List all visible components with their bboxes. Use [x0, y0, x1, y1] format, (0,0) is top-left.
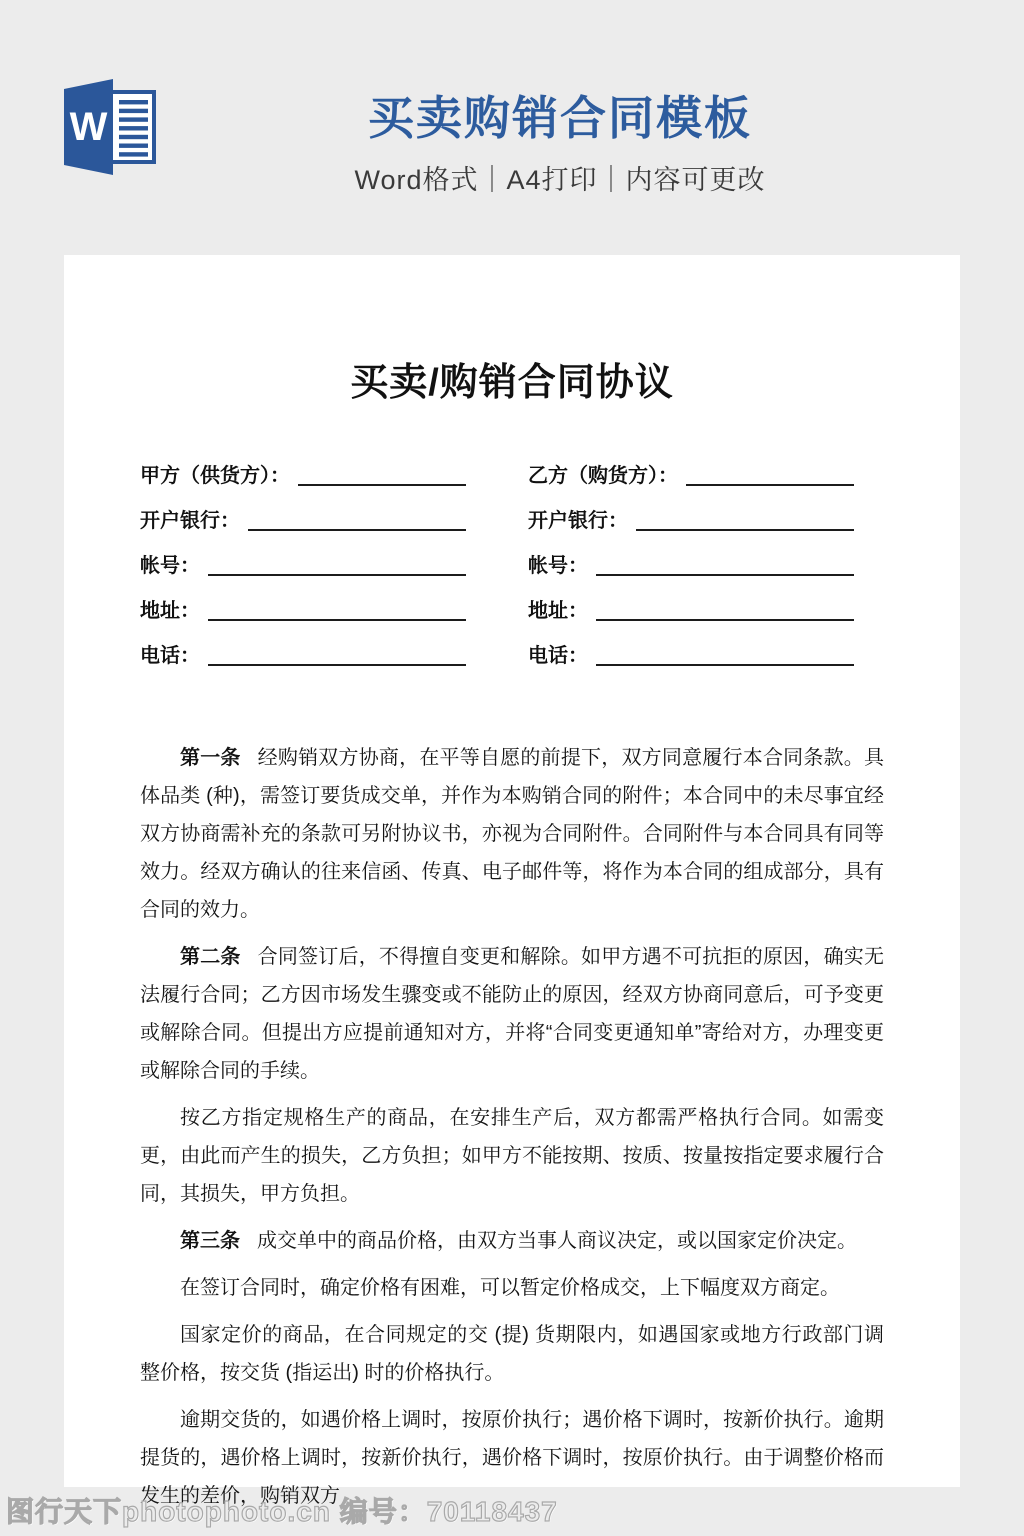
party-field-row: 电话： [528, 644, 854, 668]
account-label: 帐号： [528, 554, 588, 578]
party-a-column: 甲方（供货方）： 开户银行： 帐号： 地址： 电话： [140, 464, 466, 689]
clause-3c-text: 国家定价的商品，在合同规定的交 (提) 货期限内，如遇国家或地方行政部门调整价格… [140, 1324, 884, 1384]
blank-underline [596, 574, 854, 576]
contract-title: 买卖/购销合同协议 [140, 255, 884, 406]
party-field-row: 帐号： [528, 554, 854, 578]
clause-2-text: 合同签订后，不得擅自变更和解除。如甲方遇不可抗拒的原因，确实无法履行合同；乙方因… [140, 946, 884, 1082]
blank-underline [298, 484, 466, 486]
address-label: 地址： [140, 599, 200, 623]
clause-2b-text: 按乙方指定规格生产的商品，在安排生产后，双方都需严格执行合同。如需变更，由此而产… [140, 1107, 884, 1205]
party-field-row: 地址： [140, 599, 466, 623]
blank-underline [248, 529, 466, 531]
template-subtitle: Word格式｜A4打印｜内容可更改 [96, 158, 1024, 197]
contract-paragraph-1: 第一条经购销双方协商，在平等自愿的前提下，双方同意履行本合同条款。具体品类 (种… [140, 739, 884, 929]
phone-label: 电话： [140, 644, 200, 668]
party-field-row: 甲方（供货方）： [140, 464, 466, 488]
party-field-row: 乙方（购货方）： [528, 464, 854, 488]
clause-1-text: 经购销双方协商，在平等自愿的前提下，双方同意履行本合同条款。具体品类 (种)，需… [140, 747, 884, 921]
blank-underline [208, 619, 466, 621]
party-field-row: 帐号： [140, 554, 466, 578]
address-label: 地址： [528, 599, 588, 623]
blank-underline [636, 529, 854, 531]
party-b-label: 乙方（购货方）： [528, 464, 678, 488]
blank-underline [686, 484, 854, 486]
party-field-row: 地址： [528, 599, 854, 623]
contract-paragraph-5: 在签订合同时，确定价格有困难，可以暂定价格成交，上下幅度双方商定。 [140, 1269, 884, 1307]
svg-text:W: W [70, 105, 108, 149]
account-label: 帐号： [140, 554, 200, 578]
party-field-row: 电话： [140, 644, 466, 668]
clause-3-lead: 第三条 [180, 1230, 240, 1252]
template-preview-page: W 买卖购销合同模板 Word格式｜A4打印｜内容可更改 买卖/购销合同协议 甲… [0, 0, 1024, 1536]
blank-underline [596, 619, 854, 621]
bank-label: 开户银行： [140, 509, 240, 533]
blank-underline [596, 664, 854, 666]
contract-paragraph-4: 第三条成交单中的商品价格，由双方当事人商议决定，或以国家定价决定。 [140, 1222, 884, 1260]
contract-paragraph-6: 国家定价的商品，在合同规定的交 (提) 货期限内，如遇国家或地方行政部门调整价格… [140, 1316, 884, 1392]
blank-underline [208, 664, 466, 666]
template-title: 买卖购销合同模板 [96, 92, 1024, 145]
header: W 买卖购销合同模板 Word格式｜A4打印｜内容可更改 [0, 0, 1024, 255]
contract-body: 第一条经购销双方协商，在平等自愿的前提下，双方同意履行本合同条款。具体品类 (种… [140, 739, 884, 1515]
clause-1-lead: 第一条 [180, 747, 241, 769]
party-field-row: 开户银行： [528, 509, 854, 533]
blank-underline [208, 574, 466, 576]
party-info-section: 甲方（供货方）： 开户银行： 帐号： 地址： 电话： 乙方（购货方）： [140, 464, 854, 689]
party-field-row: 开户银行： [140, 509, 466, 533]
clause-3-text: 成交单中的商品价格，由双方当事人商议决定，或以国家定价决定。 [257, 1230, 857, 1252]
contract-paragraph-3: 按乙方指定规格生产的商品，在安排生产后，双方都需严格执行合同。如需变更，由此而产… [140, 1099, 884, 1213]
clause-2-lead: 第二条 [180, 946, 241, 968]
clause-3b-text: 在签订合同时，确定价格有困难，可以暂定价格成交，上下幅度双方商定。 [180, 1277, 840, 1299]
phone-label: 电话： [528, 644, 588, 668]
party-a-label: 甲方（供货方）： [140, 464, 290, 488]
party-b-column: 乙方（购货方）： 开户银行： 帐号： 地址： 电话： [528, 464, 854, 689]
word-logo-icon: W [64, 79, 158, 175]
site-watermark: 图行天下photophoto.cn 编号：70118437 [6, 1490, 558, 1530]
contract-paragraph-2: 第二条合同签订后，不得擅自变更和解除。如甲方遇不可抗拒的原因，确实无法履行合同；… [140, 938, 884, 1090]
document-page: 买卖/购销合同协议 甲方（供货方）： 开户银行： 帐号： 地址： 电话： [64, 255, 960, 1487]
bank-label: 开户银行： [528, 509, 628, 533]
